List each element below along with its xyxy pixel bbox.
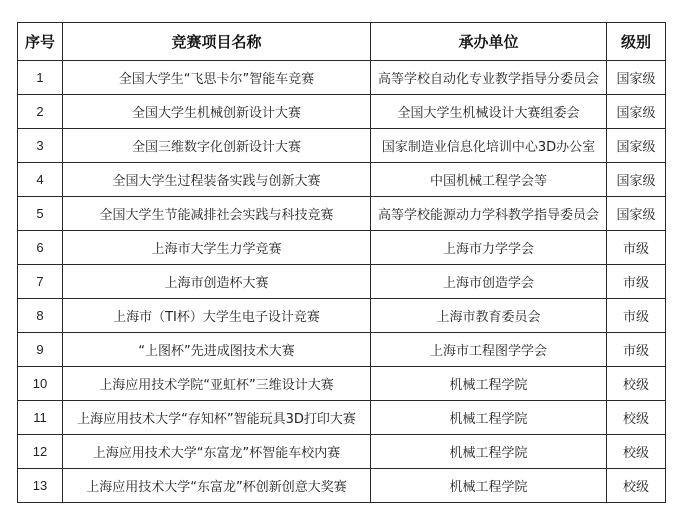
cell-organizer: 机械工程学院 [371, 367, 607, 401]
cell-competition-name: 全国三维数字化创新设计大赛 [63, 129, 371, 163]
cell-level: 国家级 [607, 129, 666, 163]
header-competition-name: 竞赛项目名称 [63, 23, 371, 61]
cell-level: 市级 [607, 333, 666, 367]
cell-number: 5 [18, 197, 63, 231]
cell-competition-name: 上海市（TI杯）大学生电子设计竞赛 [63, 299, 371, 333]
cell-organizer: 上海市创造学会 [371, 265, 607, 299]
cell-level: 国家级 [607, 163, 666, 197]
cell-competition-name: 上海应用技术大学“东富龙”杯智能车校内赛 [63, 435, 371, 469]
header-level: 级别 [607, 23, 666, 61]
cell-number: 6 [18, 231, 63, 265]
cell-organizer: 上海市力学学会 [371, 231, 607, 265]
table-row: 11上海应用技术大学“存知杯”智能玩具3D打印大赛机械工程学院校级 [18, 401, 666, 435]
table-row: 1全国大学生“飞思卡尔”智能车竞赛高等学校自动化专业教学指导分委员会国家级 [18, 61, 666, 95]
header-organizer: 承办单位 [371, 23, 607, 61]
cell-competition-name: “上图杯”先进成图技术大赛 [63, 333, 371, 367]
table-row: 13上海应用技术大学“东富龙”杯创新创意大奖赛机械工程学院校级 [18, 469, 666, 503]
cell-competition-name: 上海市创造杯大赛 [63, 265, 371, 299]
cell-competition-name: 全国大学生节能减排社会实践与科技竞赛 [63, 197, 371, 231]
cell-organizer: 机械工程学院 [371, 469, 607, 503]
cell-organizer: 国家制造业信息化培训中心3D办公室 [371, 129, 607, 163]
table-row: 10上海应用技术学院“亚虹杯”三维设计大赛机械工程学院校级 [18, 367, 666, 401]
cell-organizer: 高等学校能源动力学科教学指导委员会 [371, 197, 607, 231]
cell-competition-name: 上海应用技术大学“存知杯”智能玩具3D打印大赛 [63, 401, 371, 435]
cell-competition-name: 全国大学生“飞思卡尔”智能车竞赛 [63, 61, 371, 95]
table-row: 9“上图杯”先进成图技术大赛上海市工程图学学会市级 [18, 333, 666, 367]
cell-level: 国家级 [607, 197, 666, 231]
cell-number: 11 [18, 401, 63, 435]
table-row: 5全国大学生节能减排社会实践与科技竞赛高等学校能源动力学科教学指导委员会国家级 [18, 197, 666, 231]
cell-organizer: 机械工程学院 [371, 401, 607, 435]
cell-competition-name: 上海应用技术学院“亚虹杯”三维设计大赛 [63, 367, 371, 401]
cell-level: 校级 [607, 435, 666, 469]
table-row: 8上海市（TI杯）大学生电子设计竞赛上海市教育委员会市级 [18, 299, 666, 333]
competition-table: 序号 竞赛项目名称 承办单位 级别 1全国大学生“飞思卡尔”智能车竞赛高等学校自… [17, 22, 666, 503]
cell-organizer: 机械工程学院 [371, 435, 607, 469]
cell-level: 国家级 [607, 95, 666, 129]
cell-number: 2 [18, 95, 63, 129]
cell-organizer: 高等学校自动化专业教学指导分委员会 [371, 61, 607, 95]
cell-organizer: 上海市工程图学学会 [371, 333, 607, 367]
cell-competition-name: 上海应用技术大学“东富龙”杯创新创意大奖赛 [63, 469, 371, 503]
cell-number: 7 [18, 265, 63, 299]
table-row: 4全国大学生过程装备实践与创新大赛中国机械工程学会等国家级 [18, 163, 666, 197]
header-number: 序号 [18, 23, 63, 61]
cell-organizer: 上海市教育委员会 [371, 299, 607, 333]
cell-level: 校级 [607, 469, 666, 503]
header-row: 序号 竞赛项目名称 承办单位 级别 [18, 23, 666, 61]
cell-number: 10 [18, 367, 63, 401]
cell-organizer: 全国大学生机械设计大赛组委会 [371, 95, 607, 129]
cell-level: 校级 [607, 401, 666, 435]
cell-number: 13 [18, 469, 63, 503]
cell-number: 3 [18, 129, 63, 163]
table-row: 7上海市创造杯大赛上海市创造学会市级 [18, 265, 666, 299]
cell-number: 1 [18, 61, 63, 95]
table-row: 2全国大学生机械创新设计大赛全国大学生机械设计大赛组委会国家级 [18, 95, 666, 129]
cell-competition-name: 全国大学生过程装备实践与创新大赛 [63, 163, 371, 197]
cell-level: 国家级 [607, 61, 666, 95]
table-row: 6上海市大学生力学竞赛上海市力学学会市级 [18, 231, 666, 265]
cell-number: 12 [18, 435, 63, 469]
cell-number: 8 [18, 299, 63, 333]
cell-competition-name: 全国大学生机械创新设计大赛 [63, 95, 371, 129]
cell-level: 市级 [607, 299, 666, 333]
table-row: 3全国三维数字化创新设计大赛国家制造业信息化培训中心3D办公室国家级 [18, 129, 666, 163]
cell-level: 校级 [607, 367, 666, 401]
cell-competition-name: 上海市大学生力学竞赛 [63, 231, 371, 265]
cell-number: 9 [18, 333, 63, 367]
cell-level: 市级 [607, 231, 666, 265]
cell-organizer: 中国机械工程学会等 [371, 163, 607, 197]
cell-number: 4 [18, 163, 63, 197]
table-row: 12上海应用技术大学“东富龙”杯智能车校内赛机械工程学院校级 [18, 435, 666, 469]
cell-level: 市级 [607, 265, 666, 299]
